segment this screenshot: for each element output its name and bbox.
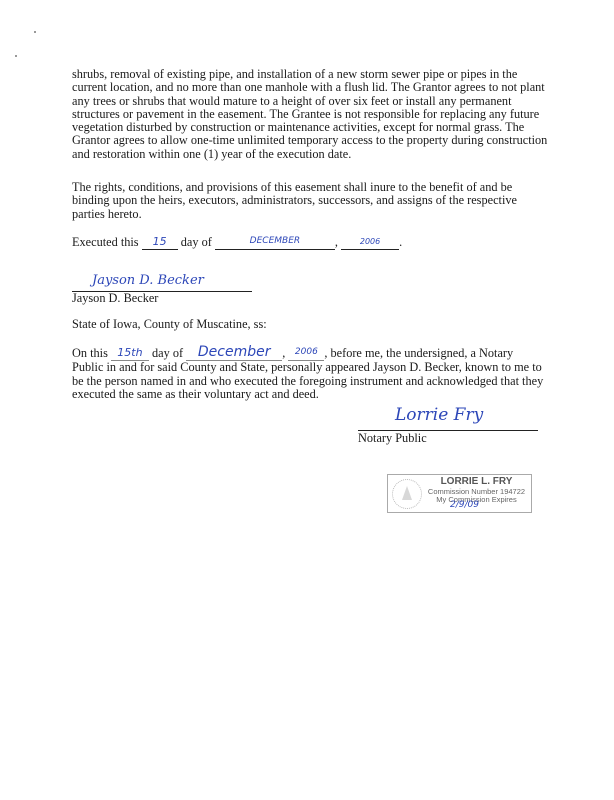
easement-paragraph: shrubs, removal of existing pipe, and in… [72, 68, 544, 161]
paragraph-line: binding upon the heirs, executors, admin… [72, 194, 544, 207]
ack-day-label: day of [152, 346, 183, 360]
notary-signature: Lorrie Fry [395, 405, 483, 425]
executed-day-value: 15 [142, 235, 178, 248]
paragraph-line: any trees or shrubs that would mature to… [72, 95, 544, 108]
paragraph-line: be the person named in and who executed … [72, 375, 544, 388]
comma: , [282, 346, 285, 360]
venue: State of Iowa, County of Muscatine, ss: [72, 318, 544, 331]
notary-label: Notary Public [358, 432, 538, 445]
notary-stamp: LORRIE L. FRY Commission Number 194722 M… [387, 474, 532, 513]
acknowledgment-first-line: On this 15th day of December , 2006 , be… [72, 347, 544, 361]
notarial-seal-icon [392, 479, 422, 509]
grantor-printed-name: Jayson D. Becker [72, 292, 544, 305]
paragraph-line: parties hereto. [72, 208, 544, 221]
paragraph-line: executed the same as their voluntary act… [72, 388, 544, 401]
paragraph-line: current location, and no more than one m… [72, 81, 544, 94]
executed-year-field: 2006 [341, 236, 399, 250]
executed-line: Executed this 15 day of DECEMBER , 2006 … [72, 236, 544, 250]
paragraph-line: The rights, conditions, and provisions o… [72, 181, 544, 194]
grantor-signature: Jayson D. Becker [92, 273, 204, 288]
executed-month-value: DECEMBER [215, 235, 335, 248]
ack-suffix: , before me, the undersigned, a Notary [324, 346, 513, 360]
paragraph-line: Public in and for said County and State,… [72, 361, 544, 374]
executed-day-label: day of [181, 235, 212, 249]
paragraph-line: and restoration within one (1) year of t… [72, 148, 544, 161]
paragraph-line: vegetation disturbed by construction or … [72, 121, 544, 134]
ack-year-value: 2006 [288, 346, 324, 359]
scan-speck [15, 55, 17, 57]
executed-year-value: 2006 [341, 235, 399, 248]
paragraph-line: Grantor agrees to allow one-time unlimit… [72, 134, 544, 147]
ack-year-field: 2006 [288, 347, 324, 361]
stamp-name: LORRIE L. FRY [424, 476, 529, 487]
ack-day-field: 15th [111, 347, 149, 361]
executed-prefix: Executed this [72, 235, 139, 249]
stamp-expires-value: 2/9/09 [450, 500, 479, 510]
acknowledgment-paragraph: On this 15th day of December , 2006 , be… [72, 347, 544, 401]
period: . [399, 235, 402, 249]
paragraph-line: structures or pavement in the easement. … [72, 108, 544, 121]
ack-day-value: 15th [111, 346, 149, 359]
executed-day-field: 15 [142, 236, 178, 250]
rights-paragraph: The rights, conditions, and provisions o… [72, 181, 544, 221]
comma: , [335, 235, 338, 249]
ack-prefix: On this [72, 346, 108, 360]
scan-speck [34, 31, 36, 33]
ack-month-field: December [186, 347, 282, 361]
executed-month-field: DECEMBER [215, 236, 335, 250]
ack-month-value: December [186, 346, 282, 359]
document-page: shrubs, removal of existing pipe, and in… [0, 0, 614, 800]
paragraph-line: shrubs, removal of existing pipe, and in… [72, 68, 544, 81]
